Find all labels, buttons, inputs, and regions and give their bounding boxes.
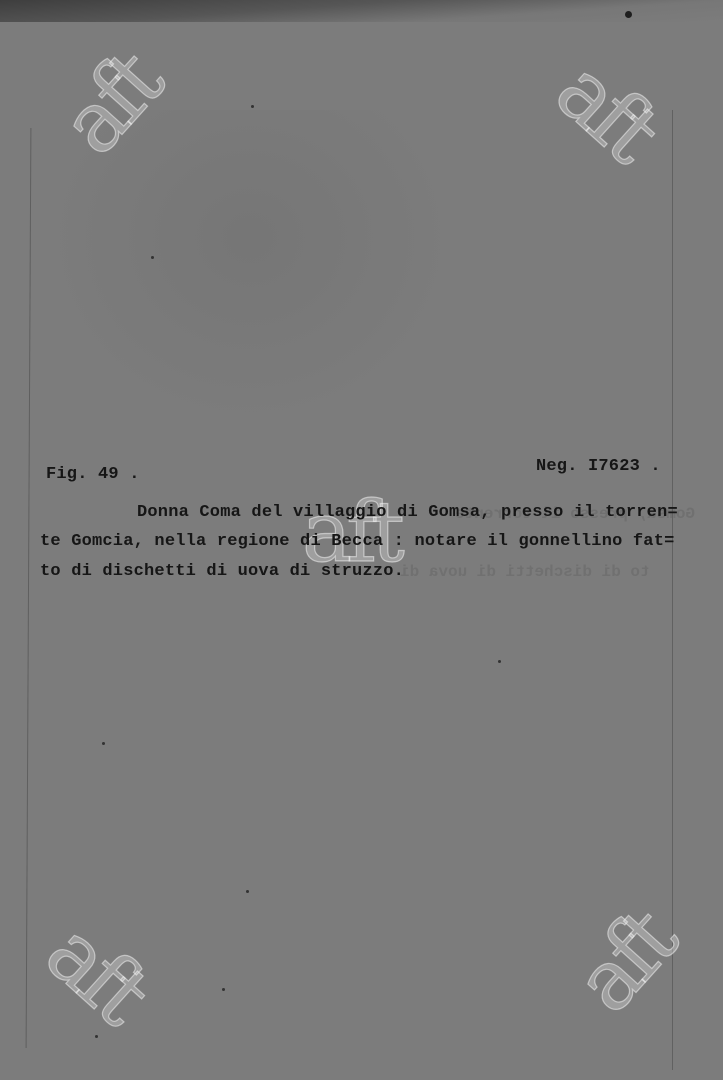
bleed-through-text: to di dischetti di uova di [400,563,650,581]
ink-speck [222,988,225,991]
watermark-bottom-right: aft [561,898,688,1026]
ink-speck [102,742,105,745]
right-margin-line [672,110,673,1070]
caption-line-3: to di dischetti di uova di struzzo. [40,562,404,581]
caption-line-1: Donna Coma del villaggio di Gomsa, press… [137,503,678,522]
ink-speck [251,105,254,108]
ink-speck [625,11,632,18]
ink-speck [498,660,501,663]
watermark-bottom-left: aft [32,908,160,1035]
figure-label: Fig. 49 . [46,465,140,484]
ink-speck [151,256,154,259]
left-margin-line [26,128,32,1048]
scan-top-edge [0,0,723,22]
watermark-top-right: aft [542,46,670,173]
negative-number: Neg. I7623 . [536,457,661,476]
caption-line-2: te Gomcia, nella regione di Becca : nota… [40,532,675,551]
ink-speck [246,890,249,893]
